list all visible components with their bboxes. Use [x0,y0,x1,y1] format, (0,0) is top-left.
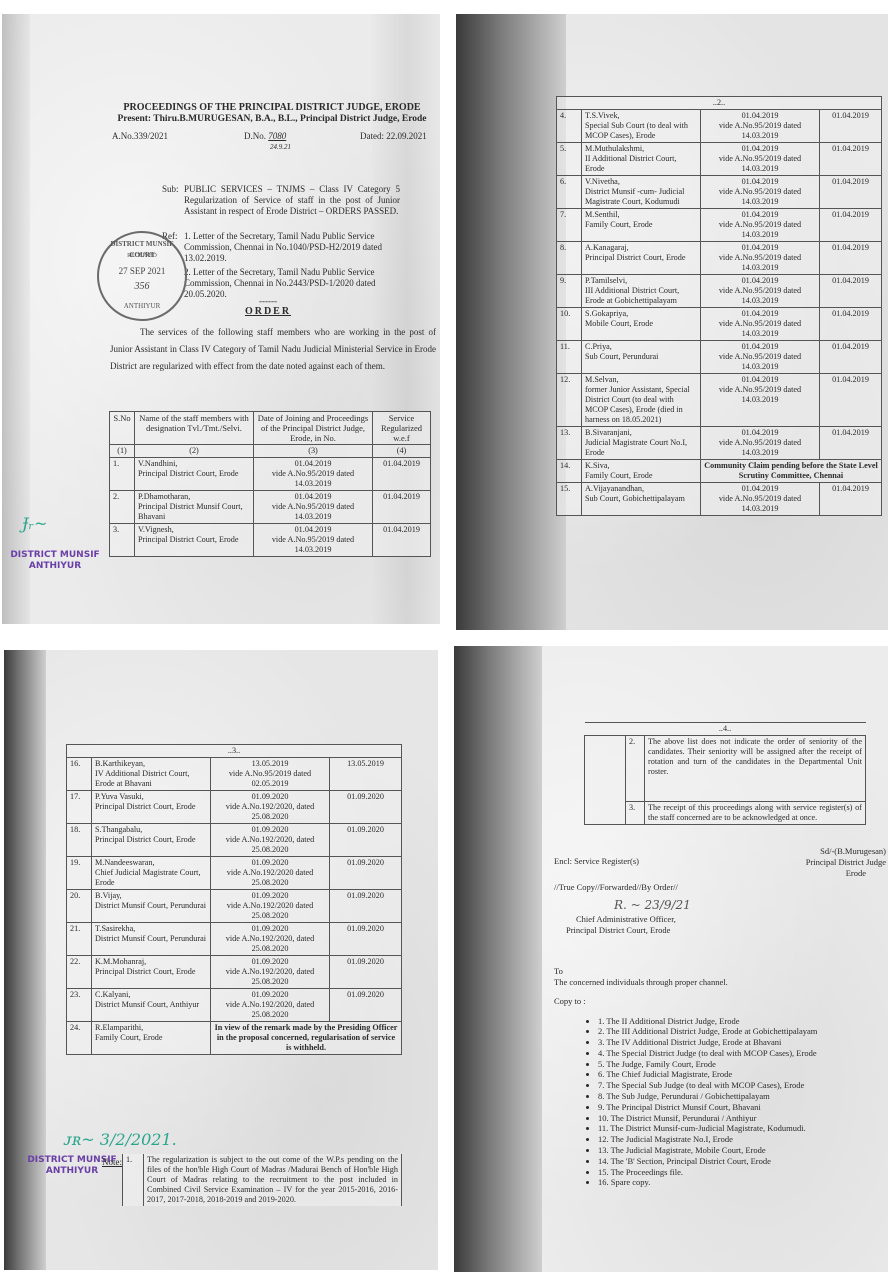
note-number: 3. [626,802,645,825]
copy-to-item: 12. The Judicial Magistrate No.I, Erode [598,1134,817,1145]
staff-designation: District Munsif -cum- Judicial Magistrat… [585,187,684,206]
row-sno: 2. [110,491,135,524]
row-sno: 18. [67,824,92,857]
row-sno: 9. [557,275,582,308]
dated: Dated: 22.09.2021 [360,131,427,142]
staff-name: B.Vijay, [95,891,122,900]
row-proceedings: 01.04.2019vide A.No.95/2019 dated 14.03.… [701,176,820,209]
joining-date: 01.09.2020 [252,858,289,867]
row-wef: 01.04.2019 [820,483,882,516]
row-sno: 22. [67,956,92,989]
staff-designation: III Additional District Court, Erode at … [585,286,679,305]
row-sno: 21. [67,923,92,956]
proceedings-ref: vide A.No.192/2020 dated 25.08.2020 [227,901,313,920]
joining-date: 01.04.2019 [742,210,779,219]
col-num: (3) [254,445,373,458]
row-proceedings: 01.09.2020vide A.No.192/2020, dated 25.0… [211,923,330,956]
staff-designation: Family Court, Erode [95,1033,163,1042]
table-row: 23. C.Kalyani,District Munsif Court, Ant… [67,989,402,1022]
to-text: The concerned individuals through proper… [554,977,728,988]
row-staff: C.Priya,Sub Court, Perundurai [582,341,701,374]
row-proceedings: 01.04.2019vide A.No.95/2019 dated 14.03.… [701,308,820,341]
staff-designation: District Munsif Court, Anthiyur [95,1000,199,1009]
page-marker: ..2.. [557,97,882,110]
to-label: To [554,966,563,977]
proceedings-ref: vide A.No.95/2019 dated 14.03.2019 [719,286,801,305]
staff-name: B.Sivaranjani, [585,428,632,437]
row-wef: 01.04.2019 [820,209,882,242]
staff-name: S.Gokapriya, [585,309,628,318]
row-wef: 01.04.2019 [820,308,882,341]
presiding-officer: Present: Thiru.B.MURUGESAN, B.A., B.L., … [100,114,440,125]
signatory-block: Sd/-(B.Murugesan) Principal District Jud… [774,846,886,879]
staff-table-1: S.No Name of the staff members with desi… [109,411,431,557]
row-proceedings: 01.04.2019vide A.No.95/2019 dated 14.03.… [254,491,373,524]
table-row: 6. V.Nivetha,District Munsif -cum- Judic… [557,176,882,209]
row-staff: P.Dhamotharan,Principal District Munsif … [135,491,254,524]
row-staff: A.Kanagaraj,Principal District Court, Er… [582,242,701,275]
proceedings-ref: vide A.No.95/2019 dated 14.03.2019 [719,187,801,206]
note-number: 1. [123,1154,144,1206]
joining-date: 01.04.2019 [742,144,779,153]
header-sno: S.No [110,412,135,445]
table-row: 15. A.Vijayanandhan,Sub Court, Gobichett… [557,483,882,516]
proceedings-ref: vide A.No.95/2019 dated 02.05.2019 [229,769,311,788]
d-no-sub: 24.9.21 [270,142,291,153]
staff-name: A.Kanagaraj, [585,243,629,252]
staff-designation: Principal District Court, Erode [95,835,196,844]
joining-date: 13.05.2019 [252,759,289,768]
row-sno: 24. [67,1022,92,1055]
proceedings-ref: vide A.No.95/2019 dated 14.03.2019 [719,154,801,173]
staff-name: M.Senthil, [585,210,620,219]
staff-designation: Principal District Court, Erode [95,802,196,811]
staff-designation: Mobile Court, Erode [585,319,653,328]
row-sno: 3. [110,524,135,557]
row-sno: 10. [557,308,582,341]
row-sno: 14. [557,460,582,483]
staff-designation: IV Additional District Court, Erode at B… [95,769,189,788]
row-staff: M.Nandeeswaran,Chief Judicial Magistrate… [92,857,211,890]
header-name: Name of the staff members with designati… [135,412,254,445]
row-staff: C.Kalyani,District Munsif Court, Anthiyu… [92,989,211,1022]
stamp-place: ANTHIYUR [99,301,185,312]
handwritten-signature: Ɉᵣ~ [22,514,47,533]
proceedings-ref: vide A.No.95/2019 dated 14.03.2019 [272,535,354,554]
d-no: D.No. 7080 [244,131,286,142]
proceedings-ref: vide A.No.95/2019 dated 14.03.2019 [719,385,801,404]
row-wef: 01.04.2019 [373,458,431,491]
row-wef: 01.09.2020 [330,890,402,923]
staff-name: P.Yuva Vasuki, [95,792,144,801]
row-wef: 01.04.2019 [820,374,882,427]
note-table: 1. The regularization is subject to the … [122,1154,402,1206]
notes-table: ..4.. 2. The above list does not indicat… [584,722,866,825]
row-staff: P.Yuva Vasuki,Principal District Court, … [92,791,211,824]
table-row: 14. K.Siva,Family Court, ErodeCommunity … [557,460,882,483]
proceedings-ref: vide A.No.95/2019 dated 14.03.2019 [719,319,801,338]
row-sno: 13. [557,427,582,460]
proceedings-ref: vide A.No.192/2020 dated 25.08.2020 [227,868,313,887]
row-wef: 01.04.2019 [820,242,882,275]
row-wef: 01.04.2019 [820,176,882,209]
district-munsif-seal: DISTRICT MUNSIF ANTHIYUR [10,550,100,572]
row-proceedings: 01.04.2019vide A.No.95/2019 dated 14.03.… [254,458,373,491]
proceedings-ref: vide A.No.95/2019 dated 14.03.2019 [719,438,801,457]
staff-name: M.Muthulakshmi, [585,144,644,153]
document-page-3: ..3.. 16. B.Karthikeyan,IV Additional Di… [4,650,438,1270]
note-text: The regularization is subject to the out… [144,1154,402,1206]
staff-designation: District Munsif Court, Perundurai [95,901,206,910]
row-wef: 01.04.2019 [373,524,431,557]
row-staff: P.Tamilselvi,III Additional District Cou… [582,275,701,308]
joining-date: 01.04.2019 [742,276,779,285]
ref-item-1: 1. Letter of the Secretary, Tamil Nadu P… [184,231,400,264]
staff-designation: Principal District Munsif Court, Bhavani [138,502,243,521]
joining-date: 01.04.2019 [742,111,779,120]
page-marker: ..3.. [67,745,402,758]
note-text: The above list does not indicate the ord… [645,736,866,802]
proceedings-ref: vide A.No.192/2020, dated 25.08.2020 [226,967,314,986]
stamp-date: 27 SEP 2021 [99,266,185,277]
note-number: 2. [626,736,645,802]
proceedings-ref: vide A.No.95/2019 dated 14.03.2019 [719,494,801,513]
row-wef: 01.04.2019 [373,491,431,524]
row-staff: S.Thangabalu,Principal District Court, E… [92,824,211,857]
row-staff: T.S.Vivek,Special Sub Court (to deal wit… [582,110,701,143]
staff-designation: Principal District Court, Erode [585,253,686,262]
row-wef: 01.09.2020 [330,956,402,989]
row-sno: 23. [67,989,92,1022]
document-page-1: PROCEEDINGS OF THE PRINCIPAL DISTRICT JU… [2,14,440,624]
officer-title: Chief Administrative Officer, [566,914,676,925]
table-row: 5. M.Muthulakshmi,II Additional District… [557,143,882,176]
row-proceedings: 13.05.2019vide A.No.95/2019 dated 02.05.… [211,758,330,791]
table-row: 22. K.M.Mohanraj,Principal District Cour… [67,956,402,989]
staff-name: M.Nandeeswaran, [95,858,155,867]
row-staff: V.Nandhini,Principal District Court, Ero… [135,458,254,491]
copy-to-item: 1. The II Additional District Judge, Ero… [598,1016,817,1027]
table-row: 17. P.Yuva Vasuki,Principal District Cou… [67,791,402,824]
row-proceedings: 01.09.2020vide A.No.192/2020, dated 25.0… [211,956,330,989]
proceedings-ref: vide A.No.95/2019 dated 14.03.2019 [719,121,801,140]
row-staff: B.Vijay,District Munsif Court, Perundura… [92,890,211,923]
row-staff: R.Elamparithi,Family Court, Erode [92,1022,211,1055]
staff-designation: Principal District Court, Erode [138,469,239,478]
staff-name: K.M.Mohanraj, [95,957,146,966]
row-wef: 13.05.2019 [330,758,402,791]
staff-name: P.Dhamotharan, [138,492,190,501]
officer-block: Chief Administrative Officer, Principal … [566,914,676,936]
seal-line-2: ANTHIYUR [10,561,100,572]
row-sno: 17. [67,791,92,824]
table-row: 4. T.S.Vivek,Special Sub Court (to deal … [557,110,882,143]
d-no-value: 7080 [268,131,286,141]
document-page-4: ..4.. 2. The above list does not indicat… [454,646,888,1272]
row-staff: K.M.Mohanraj,Principal District Court, E… [92,956,211,989]
scan-shadow [454,646,542,1272]
row-sno: 20. [67,890,92,923]
row-wef: 01.04.2019 [820,427,882,460]
row-proceedings: 01.09.2020vide A.No.192/2020, dated 25.0… [211,824,330,857]
copy-to-item: 11. The District Munsif-cum-Judicial Mag… [598,1123,817,1134]
row-staff: A.Vijayanandhan,Sub Court, Gobichettipal… [582,483,701,516]
order-heading: ORDER [228,306,308,317]
row-wef: 01.09.2020 [330,923,402,956]
row-staff: M.Selvan,former Junior Assistant, Specia… [582,374,701,427]
staff-designation: II Additional District Court, Erode [585,154,676,173]
joining-date: 01.04.2019 [742,375,779,384]
staff-designation: Sub Court, Gobichettipalayam [585,494,685,503]
staff-name: C.Priya, [585,342,612,351]
col-num: (1) [110,445,135,458]
row-proceedings: 01.04.2019vide A.No.95/2019 dated 14.03.… [701,427,820,460]
table-row: 8. A.Kanagaraj,Principal District Court,… [557,242,882,275]
staff-name: V.Nandhini, [138,459,177,468]
proceedings-ref: vide A.No.192/2020, dated 25.08.2020 [226,835,314,854]
blank-cell [585,736,626,802]
row-staff: M.Muthulakshmi,II Additional District Co… [582,143,701,176]
officer-court: Principal District Court, Erode [566,925,676,936]
table-row: 12. M.Selvan,former Junior Assistant, Sp… [557,374,882,427]
row-staff: B.Karthikeyan,IV Additional District Cou… [92,758,211,791]
staff-designation: District Munsif Court, Perundurai [95,934,206,943]
copy-to-label: Copy to : [554,996,586,1007]
document-page-2: ..2.. 4. T.S.Vivek,Special Sub Court (to… [456,14,888,630]
row-staff: T.Sasirekha,District Munsif Court, Perun… [92,923,211,956]
proceedings-ref: vide A.No.95/2019 dated 14.03.2019 [272,502,354,521]
scan-shadow [456,14,566,630]
row-sno: 19. [67,857,92,890]
staff-designation: Principal District Court, Erode [95,967,196,976]
proceedings-ref: vide A.No.95/2019 dated 14.03.2019 [719,253,801,272]
joining-date: 01.04.2019 [295,459,332,468]
row-proceedings: 01.04.2019vide A.No.95/2019 dated 14.03.… [701,209,820,242]
row-sno: 4. [557,110,582,143]
row-sno: 1. [110,458,135,491]
row-staff: M.Senthil,Family Court, Erode [582,209,701,242]
table-row: 1. V.Nandhini,Principal District Court, … [110,458,431,491]
row-proceedings: 01.09.2020vide A.No.192/2020, dated 25.0… [211,791,330,824]
document-title: PROCEEDINGS OF THE PRINCIPAL DISTRICT JU… [102,102,440,113]
copy-to-item: 9. The Principal District Munsif Court, … [598,1102,817,1113]
order-text: The services of the following staff memb… [110,324,436,375]
row-wef: 01.09.2020 [330,857,402,890]
row-proceedings: 01.04.2019vide A.No.95/2019 dated 14.03.… [701,143,820,176]
joining-date: 01.04.2019 [295,525,332,534]
row-wef: 01.04.2019 [820,275,882,308]
row-sno: 7. [557,209,582,242]
seal-line-1: DISTRICT MUNSIF [10,550,100,561]
staff-designation: Sub Court, Perundurai [585,352,658,361]
proceedings-ref: vide A.No.192/2020, dated 25.08.2020 [226,802,314,821]
row-proceedings: 01.04.2019vide A.No.95/2019 dated 14.03.… [701,242,820,275]
table-row: 13. B.Sivaranjani,Judicial Magistrate Co… [557,427,882,460]
stamp-number: 356 [99,281,185,292]
page-marker: ..4.. [585,723,866,736]
proceedings-ref: vide A.No.95/2019 dated 14.03.2019 [719,352,801,371]
staff-designation: Judicial Magistrate Court No.I, Erode [585,438,687,457]
staff-name: M.Selvan, [585,375,619,384]
header-proceedings: Date of Joining and Proceedings of the P… [254,412,373,445]
row-sno: 16. [67,758,92,791]
row-sno: 5. [557,143,582,176]
copy-to-item: 5. The Judge, Family Court, Erode [598,1059,817,1070]
row-wef: 01.04.2019 [820,341,882,374]
table-row: 24. R.Elamparithi,Family Court, ErodeIn … [67,1022,402,1055]
row-wef: 01.04.2019 [820,110,882,143]
joining-date: 01.09.2020 [252,990,289,999]
row-staff: B.Sivaranjani,Judicial Magistrate Court … [582,427,701,460]
row-proceedings: 01.04.2019vide A.No.95/2019 dated 14.03.… [701,374,820,427]
blank-cell [585,802,626,825]
copy-to-list: 1. The II Additional District Judge, Ero… [558,1016,817,1189]
row-sno: 12. [557,374,582,427]
row-wef: 01.09.2020 [330,824,402,857]
row-wef: 01.09.2020 [330,791,402,824]
copy-to-item: 16. Spare copy. [598,1177,817,1188]
joining-date: 01.04.2019 [742,484,779,493]
col-num: (4) [373,445,431,458]
table-row: 21. T.Sasirekha,District Munsif Court, P… [67,923,402,956]
copy-to-item: 4. The Special District Judge (to deal w… [598,1048,817,1059]
row-wef: 01.04.2019 [820,143,882,176]
staff-name: T.Sasirekha, [95,924,135,933]
row-proceedings: 01.04.2019vide A.No.95/2019 dated 14.03.… [701,110,820,143]
row-wef: 01.09.2020 [330,989,402,1022]
row-sno: 15. [557,483,582,516]
staff-name: V.Nivetha, [585,177,620,186]
row-remark: In view of the remark made by the Presid… [211,1022,402,1055]
staff-name: B.Karthikeyan, [95,759,145,768]
staff-designation: Chief Judicial Magistrate Court, Erode [95,868,201,887]
signatory-name: Sd/-(B.Murugesan) [774,846,886,857]
proceedings-ref: vide A.No.192/2020, dated 25.08.2020 [226,934,314,953]
header-wef: Service Regularized w.e.f [373,412,431,445]
joining-date: 01.04.2019 [742,309,779,318]
staff-name: K.Siva, [585,461,610,470]
staff-name: V.Vignesh, [138,525,174,534]
row-sno: 6. [557,176,582,209]
table-row: 9. P.Tamilselvi,III Additional District … [557,275,882,308]
joining-date: 01.09.2020 [252,825,289,834]
staff-name: A.Vijayanandhan, [585,484,644,493]
row-proceedings: 01.09.2020vide A.No.192/2020 dated 25.08… [211,857,330,890]
note-label: Note: [102,1157,122,1168]
copy-to-item: 3. The IV Additional District Judge, Ero… [598,1037,817,1048]
proceedings-ref: vide A.No.192/2020, dated 25.08.2020 [226,1000,314,1019]
staff-designation: Special Sub Court (to deal with MCOP Cas… [585,121,688,140]
scan-shadow [4,650,46,1270]
row-proceedings: 01.04.2019vide A.No.95/2019 dated 14.03.… [701,275,820,308]
staff-name: C.Kalyani, [95,990,130,999]
signatory-title: Principal District Judge [774,857,886,868]
row-sno: 11. [557,341,582,374]
joining-date: 01.04.2019 [742,243,779,252]
table-row: 19. M.Nandeeswaran,Chief Judicial Magist… [67,857,402,890]
table-row: 18. S.Thangabalu,Principal District Cour… [67,824,402,857]
staff-designation: Principal District Court, Erode [138,535,239,544]
copy-to-item: 6. The Chief Judicial Magistrate, Erode [598,1069,817,1080]
note-text: The receipt of this proceedings along wi… [645,802,866,825]
proceedings-ref: vide A.No.95/2019 dated 14.03.2019 [719,220,801,239]
joining-date: 01.09.2020 [252,891,289,900]
copy-to-item: 14. The 'B' Section, Principal District … [598,1156,817,1167]
staff-table-2: ..2.. 4. T.S.Vivek,Special Sub Court (to… [556,96,882,516]
joining-date: 01.04.2019 [742,342,779,351]
signatory-place: Erode [774,868,886,879]
copy-to-item: 15. The Proceedings file. [598,1167,817,1178]
joining-date: 01.09.2020 [252,924,289,933]
true-copy-line: //True Copy//Forwarded//By Order// [554,882,678,893]
row-proceedings: 01.04.2019vide A.No.95/2019 dated 14.03.… [701,483,820,516]
staff-name: S.Thangabalu, [95,825,142,834]
table-row: 2. P.Dhamotharan,Principal District Muns… [110,491,431,524]
table-row: 10. S.Gokapriya,Mobile Court, Erode01.04… [557,308,882,341]
proceedings-ref: vide A.No.95/2019 dated 14.03.2019 [272,469,354,488]
row-proceedings: 01.04.2019vide A.No.95/2019 dated 14.03.… [701,341,820,374]
staff-designation: former Junior Assistant, Special Distric… [585,385,690,424]
table-row: 11. C.Priya,Sub Court, Perundurai01.04.2… [557,341,882,374]
staff-name: T.S.Vivek, [585,111,620,120]
row-staff: S.Gokapriya,Mobile Court, Erode [582,308,701,341]
enclosure: Encl: Service Register(s) [554,856,639,867]
row-sno: 8. [557,242,582,275]
joining-date: 01.04.2019 [742,428,779,437]
received-stamp: DISTRICT MUNSIF COURT RECEIVED 27 SEP 20… [97,231,187,321]
table-row: 16. B.Karthikeyan,IV Additional District… [67,758,402,791]
joining-date: 01.04.2019 [742,177,779,186]
col-num: (2) [135,445,254,458]
subject-text: PUBLIC SERVICES – TNJMS – Class IV Categ… [184,184,400,217]
joining-date: 01.09.2020 [252,957,289,966]
staff-designation: Family Court, Erode [585,220,653,229]
officer-signature: R. ~ 23/9/21 [614,898,691,912]
joining-date: 01.09.2020 [252,792,289,801]
copy-to-item: 10. The District Munsif, Perundurai / An… [598,1113,817,1124]
row-remark: Community Claim pending before the State… [701,460,882,483]
sub-label: Sub: [162,184,179,195]
staff-table-3: ..3.. 16. B.Karthikeyan,IV Additional Di… [66,744,402,1055]
row-staff: K.Siva,Family Court, Erode [582,460,701,483]
row-proceedings: 01.04.2019vide A.No.95/2019 dated 14.03.… [254,524,373,557]
staff-name: P.Tamilselvi, [585,276,627,285]
table-row: 7. M.Senthil,Family Court, Erode01.04.20… [557,209,882,242]
row-proceedings: 01.09.2020vide A.No.192/2020 dated 25.08… [211,890,330,923]
copy-to-item: 2. The III Additional District Judge, Er… [598,1026,817,1037]
row-staff: V.Nivetha,District Munsif -cum- Judicial… [582,176,701,209]
table-row: 20. B.Vijay,District Munsif Court, Perun… [67,890,402,923]
staff-designation: Family Court, Erode [585,471,653,480]
handwritten-signature: ᴊʀ~ 3/2/2021. [64,1130,177,1149]
table-row: 3. V.Vignesh,Principal District Court, E… [110,524,431,557]
joining-date: 01.04.2019 [295,492,332,501]
a-no: A.No.339/2021 [112,131,168,142]
stamp-received: RECEIVED [99,251,185,262]
staff-name: R.Elamparithi, [95,1023,143,1032]
row-staff: V.Vignesh,Principal District Court, Erod… [135,524,254,557]
copy-to-item: 8. The Sub Judge, Perundurai / Gobichett… [598,1091,817,1102]
row-proceedings: 01.09.2020vide A.No.192/2020, dated 25.0… [211,989,330,1022]
copy-to-item: 13. The Judicial Magistrate, Mobile Cour… [598,1145,817,1156]
d-no-label: D.No. [244,131,266,141]
copy-to-item: 7. The Special Sub Judge (to deal with M… [598,1080,817,1091]
